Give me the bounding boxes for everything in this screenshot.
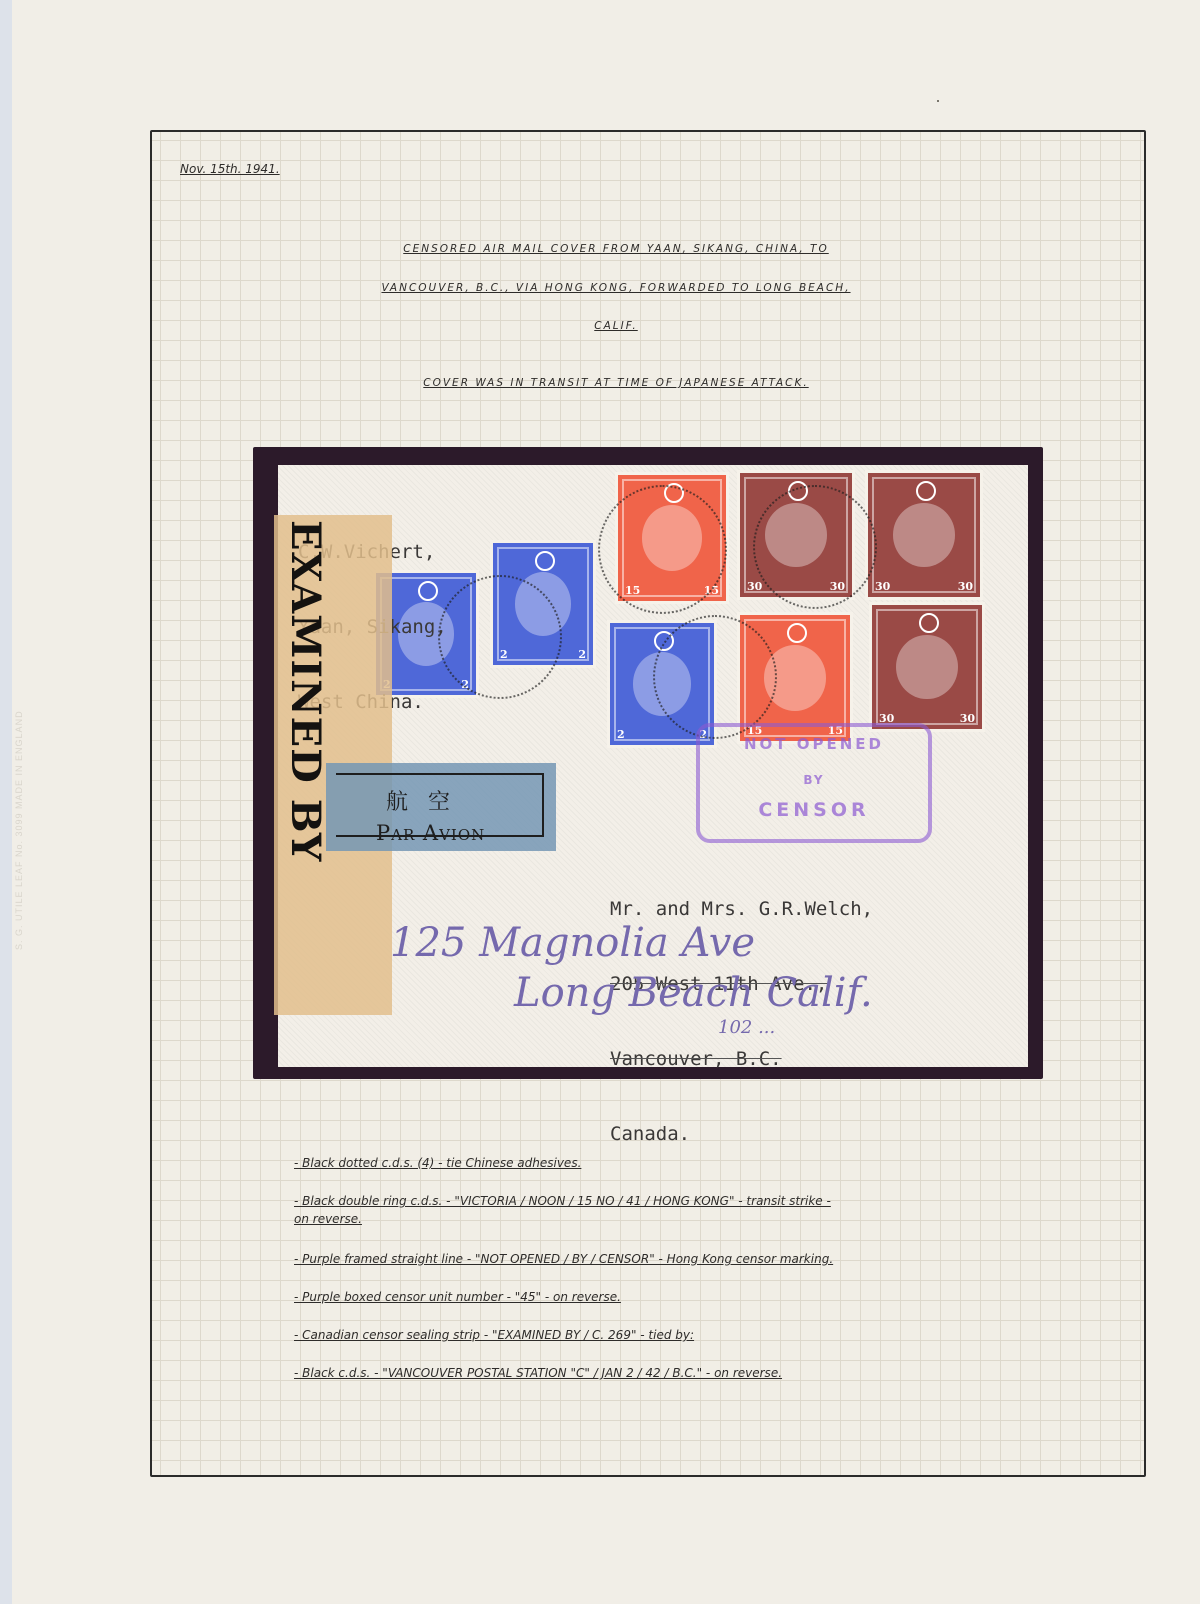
airmail-label-chinese: 航空 [386,785,470,816]
note-item: - Black double ring c.d.s. - "VICTORIA /… [294,1194,831,1226]
not-opened-censor-stamp: NOT OPENED BY CENSOR [696,723,932,843]
note-item: - Purple boxed censor unit number - "45"… [294,1290,621,1304]
title-line-2: Vancouver, B.C., via Hong Kong, forwarde… [16,282,1200,294]
airmail-label-french: Par Avion [376,821,485,845]
title-line-1: Censored air mail cover from Yaan, Sikan… [16,243,1200,255]
page-subtitle: Cover was in transit at time of Japanese… [16,377,1200,389]
dotted-cds-postmark [438,575,562,699]
dotted-cds-postmark [598,485,727,614]
dotted-cds-postmark [653,615,777,739]
envelope-cover: 22 22 22 1515 1515 3030 3030 3030 C.W.Vi… [278,465,1028,1067]
stamp-30c-brown: 3030 [872,605,982,729]
redirect-line-3: 102 ... [718,1017,775,1038]
note-item: - Purple framed straight line - "NOT OPE… [294,1252,833,1266]
paper-speck [937,100,939,102]
binding-strip [0,0,12,1604]
note-item: - Black c.d.s. - "VANCOUVER POSTAL STATI… [294,1366,782,1380]
dotted-cds-postmark [753,485,877,609]
title-line-3: Calif. [16,320,1200,332]
stamp-30c-brown: 3030 [868,473,980,597]
airmail-label: 航空 Par Avion [326,763,556,851]
page-date: Nov. 15th. 1941. [180,162,280,176]
leaf-imprint: S. G. UTILE LEAF No. 3099 MADE IN ENGLAN… [14,710,24,950]
censor-strip-text: EXAMINED BY [284,520,329,950]
note-item: - Canadian censor sealing strip - "EXAMI… [294,1328,694,1342]
redirect-line-1: 125 Magnolia Ave [390,920,755,966]
note-item: - Black dotted c.d.s. (4) - tie Chinese … [294,1156,581,1170]
redirect-line-2: Long Beach Calif. [514,970,873,1016]
